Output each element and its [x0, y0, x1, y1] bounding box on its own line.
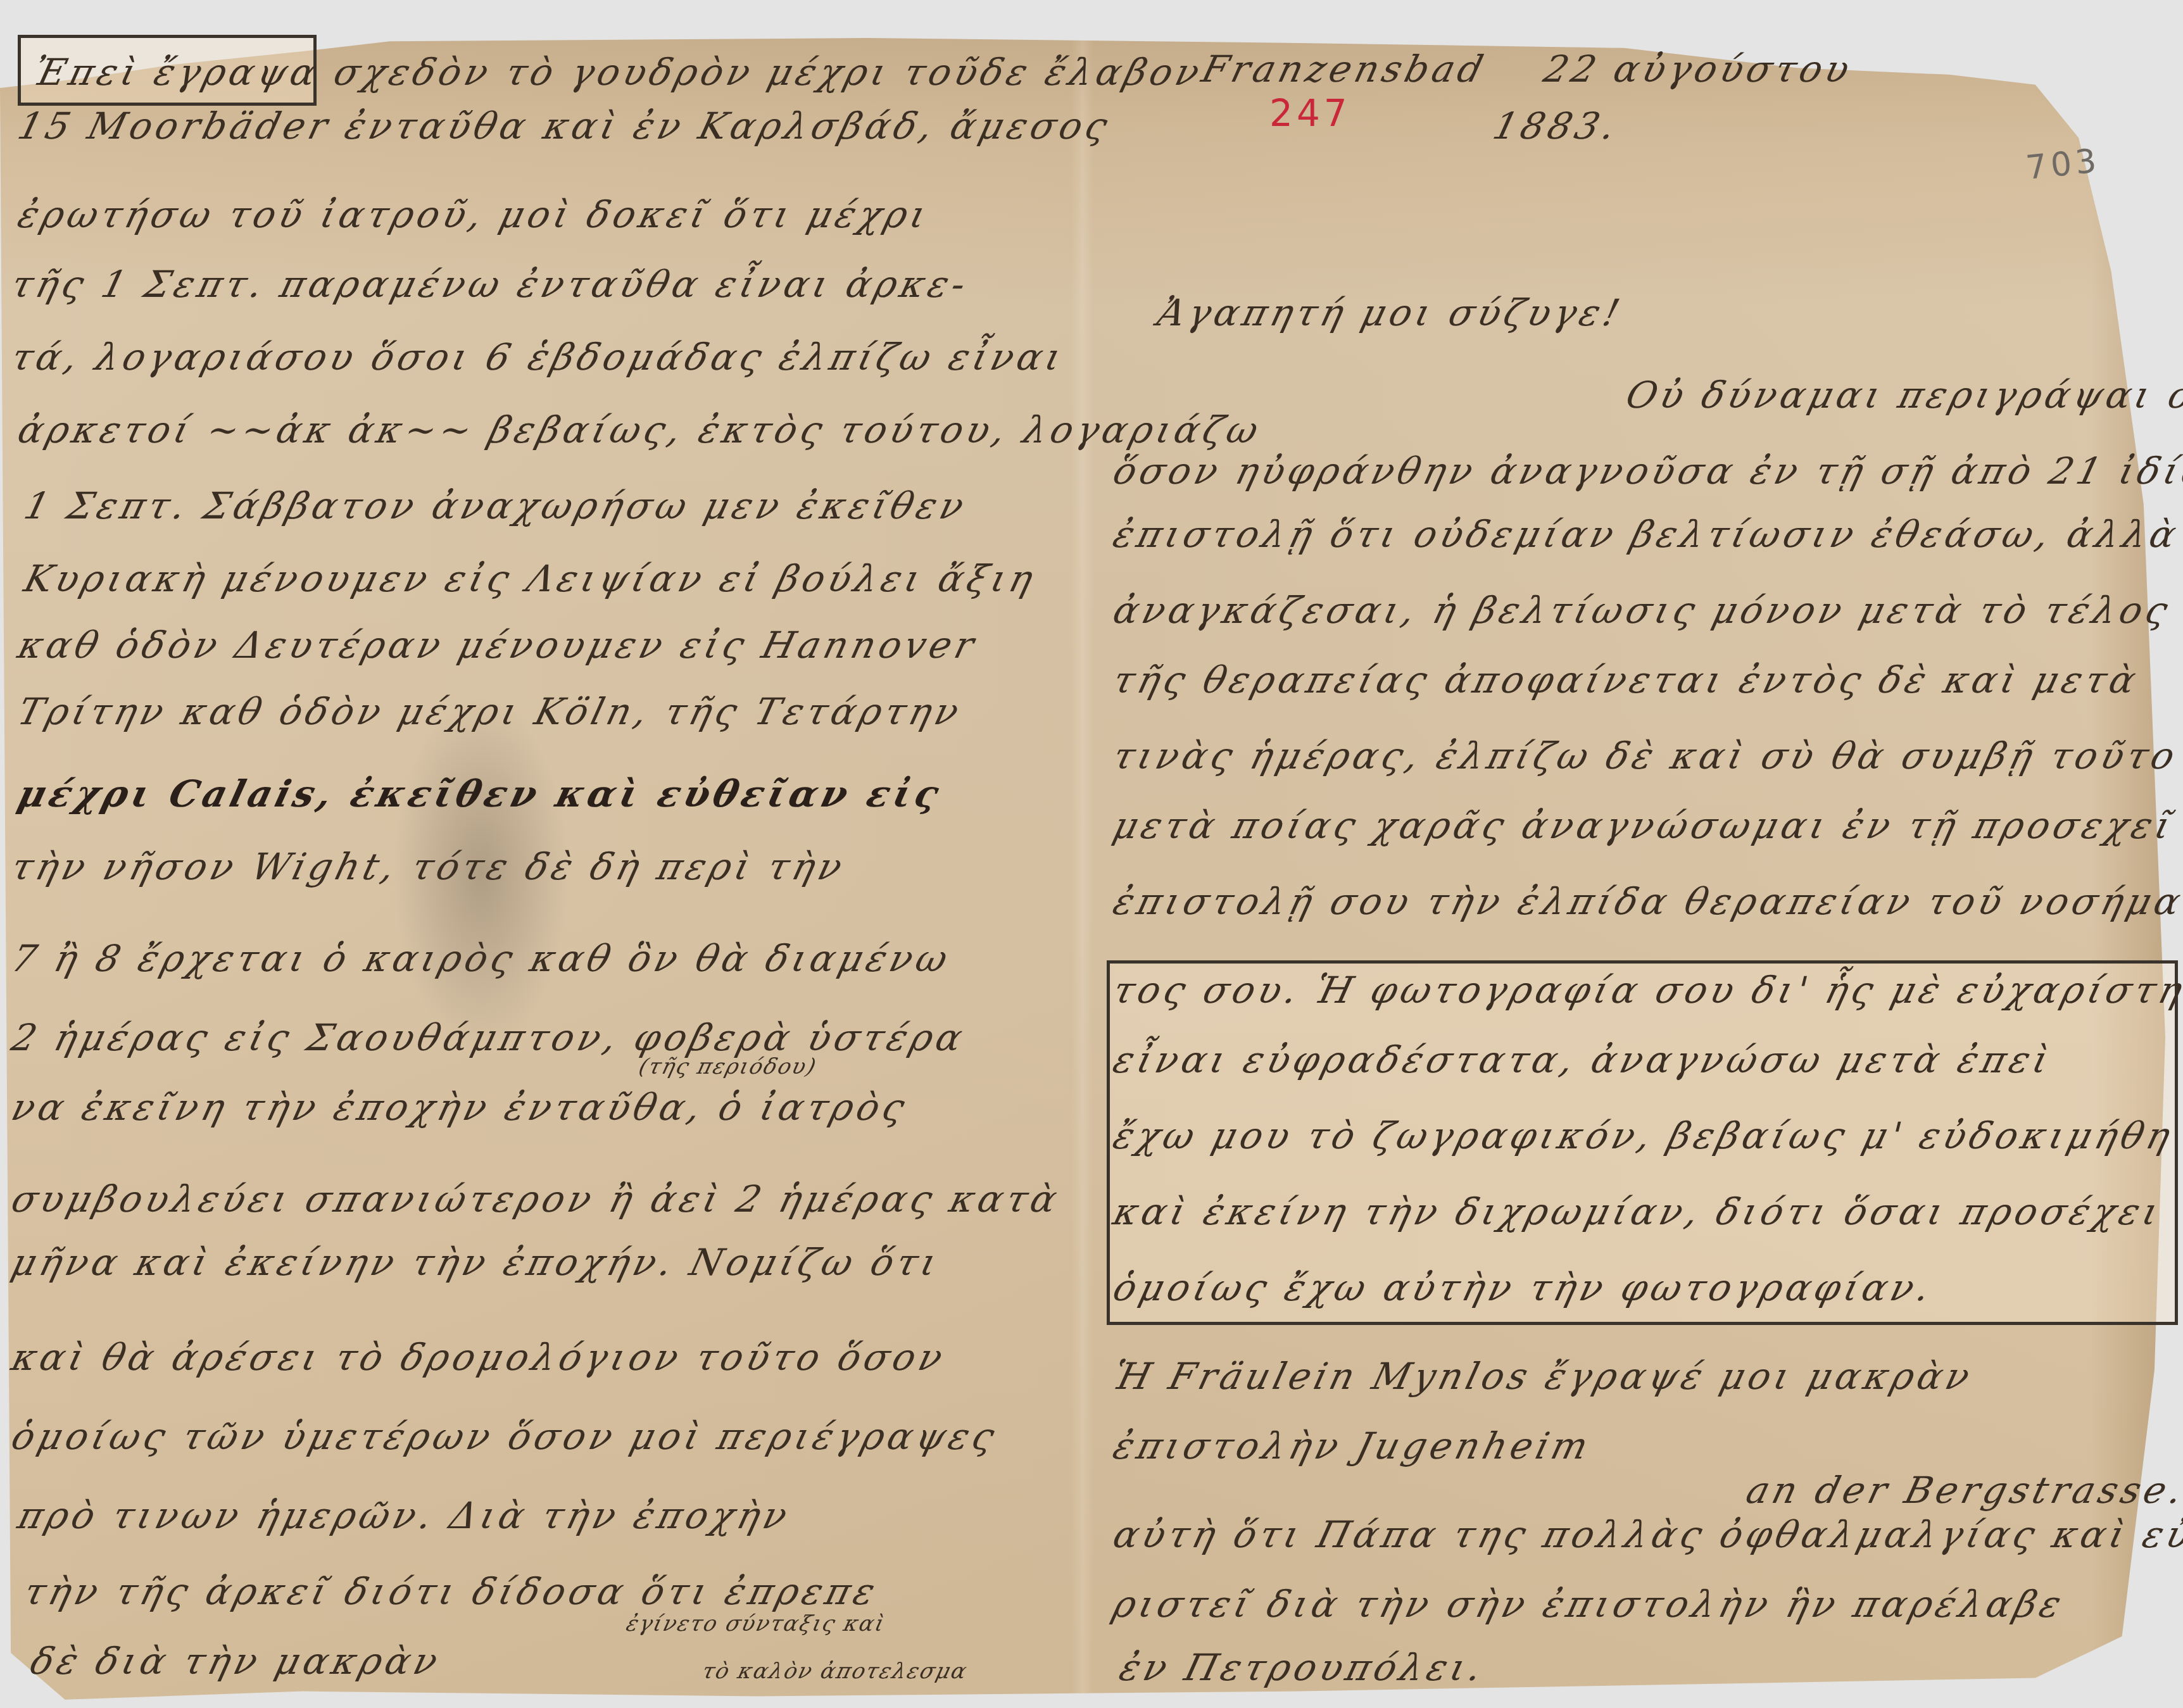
right-line: ριστεῖ διὰ τὴν σὴν ἐπιστολὴν ἣν παρέλαβε	[1109, 1583, 2070, 1626]
left-interlinear: (τῆς περιόδου)	[636, 1054, 820, 1079]
left-line: 15 Moorbäder ἐνταῦθα καὶ ἐν Καρλσβάδ, ἄμ…	[14, 104, 1116, 148]
greeting: Ἀγαπητή μοι σύζυγε!	[1154, 291, 1628, 334]
left-line: 1 Σεπτ. Σάββατον ἀναχωρήσω μεν ἐκεῖθεν	[20, 484, 972, 527]
left-line: πρὸ τινων ἡμερῶν. Διὰ τὴν ἐποχὴν	[14, 1494, 796, 1537]
right-line: αὐτὴ ὅτι Πάπα της πολλὰς ὀφθαλμαλγίας κα…	[1109, 1513, 2183, 1556]
header-year: 1883.	[1489, 104, 1624, 148]
right-line: μετὰ ποίας χαρᾶς ἀναγνώσωμαι ἐν τῇ προσε…	[1109, 804, 2180, 847]
left-line: συμβουλεύει σπανιώτερον ἢ ἀεὶ 2 ἡμέρας κ…	[8, 1177, 1066, 1221]
left-interlinear: ἐγίνετο σύνταξις καὶ	[624, 1611, 888, 1636]
left-line: καθ ὁδὸν Δευτέραν μένουμεν εἰς Hannover	[14, 624, 983, 667]
right-line: ὅσον ηὐφράνθην ἀναγνοῦσα ἐν τῇ σῇ ἀπὸ 21…	[1109, 449, 2183, 493]
left-line: ὁμοίως τῶν ὑμετέρων ὅσον μοὶ περιέγραψες	[8, 1415, 1003, 1458]
left-line: μῆνα καὶ ἐκείνην τὴν ἐποχήν. Νομίζω ὅτι	[8, 1241, 945, 1284]
header-date: 22 αὐγούστου	[1540, 47, 1858, 91]
archive-number-red: 247	[1269, 92, 1351, 135]
left-line: Κυριακὴ μένουμεν εἰς Λειψίαν εἰ βούλει ἄ…	[20, 557, 1041, 600]
left-line: Τρίτην καθ ὁδὸν μέχρι Köln, τῆς Τετάρτην	[14, 690, 967, 733]
left-line: ἐρωτήσω τοῦ ἰατροῦ, μοὶ δοκεῖ ὅτι μέχρι	[14, 193, 934, 236]
right-line: Οὐ δύναμαι περιγράψαι σοὶ	[1622, 374, 2183, 417]
left-line: να ἐκεῖνη τὴν ἐποχὴν ἐνταῦθα, ὁ ἰατρὸς	[8, 1086, 913, 1129]
boxed-line: ἔχω μου τὸ ζωγραφικόν, βεβαίως μ' εὐδοκι…	[1109, 1114, 2179, 1157]
right-line: Ἡ Fräulein Mynlos ἔγραψέ μοι μακρὰν	[1109, 1355, 1979, 1398]
left-line: τά, λογαριάσου ὅσοι 6 ἑβδομάδας ἐλπίζω ε…	[8, 336, 1070, 379]
left-line: τὴν τῆς ἀρκεῖ διότι δίδοσα ὅτι ἐπρεπε	[20, 1570, 883, 1613]
right-line: τινὰς ἡμέρας, ἐλπίζω δὲ καὶ σὺ θὰ συμβῇ …	[1109, 734, 2183, 777]
right-line: ἐν Πετρουπόλει.	[1116, 1646, 1490, 1689]
left-line: μέχρι Calais, ἐκεῖθεν καὶ εὐθεῖαν εἰς	[14, 772, 947, 815]
archive-number-pencil: 703	[2024, 142, 2102, 187]
boxed-line: εἶναι εὐφραδέστατα, ἀναγνώσω μετὰ ἐπεὶ	[1109, 1038, 2057, 1081]
right-line: ἐπιστολῇ σου τὴν ἐλπίδα θεραπείαν τοῦ νο…	[1109, 880, 2183, 923]
left-interlinear: τὸ καλὸν ἀποτελεσμα	[700, 1659, 971, 1684]
right-line: τῆς θεραπείας ἀποφαίνεται ἐντὸς δὲ καὶ μ…	[1109, 658, 2144, 701]
left-line: ἀρκετοί ~~ἀκ ἀκ~~ βεβαίως, ἐκτὸς τούτου,…	[14, 408, 1267, 451]
boxed-line: καὶ ἐκείνη τὴν διχρωμίαν, διότι ὅσαι προ…	[1109, 1190, 2167, 1233]
left-line: τῆς 1 Σεπτ. παραμένω ἐνταῦθα εἶναι ἀρκε-	[8, 263, 974, 306]
left-line: καὶ θὰ ἀρέσει τὸ δρομολόγιον τοῦτο ὅσον	[8, 1336, 951, 1379]
right-line: ἐπιστολῇ ὅτι οὐδεμίαν βελτίωσιν ἐθεάσω, …	[1109, 513, 2183, 556]
right-line: an der Bergstrasse. Λέγει	[1742, 1469, 2183, 1512]
boxed-line: ὁμοίως ἔχω αὐτὴν τὴν φωτογραφίαν.	[1109, 1266, 1939, 1309]
left-line: 7 ἢ 8 ἔρχεται ὁ καιρὸς καθ ὃν θὰ διαμένω	[8, 937, 956, 980]
right-line: ἀναγκάζεσαι, ἡ βελτίωσις μόνον μετὰ τὸ τ…	[1109, 589, 2176, 632]
left-line: δὲ διὰ τὴν μακρὰν	[27, 1640, 446, 1683]
left-line: Ἐπεὶ ἔγραψα σχεδὸν τὸ γουδρὸν μέχρι τοῦδ…	[30, 51, 1208, 94]
right-line: ἐπιστολὴν Jugenheim	[1109, 1424, 1596, 1467]
boxed-line: τος σου. Ἡ φωτογραφία σου δι' ἧς μὲ εὐχα…	[1109, 969, 2183, 1012]
left-line: 2 ἡμέρας εἰς Σαουθάμπτον, φοβερὰ ὑστέρα	[8, 1016, 971, 1059]
header-place: Franzensbad	[1198, 47, 1492, 91]
left-line: τὴν νῆσον Wight, τότε δὲ δὴ περὶ τὴν	[8, 845, 850, 888]
